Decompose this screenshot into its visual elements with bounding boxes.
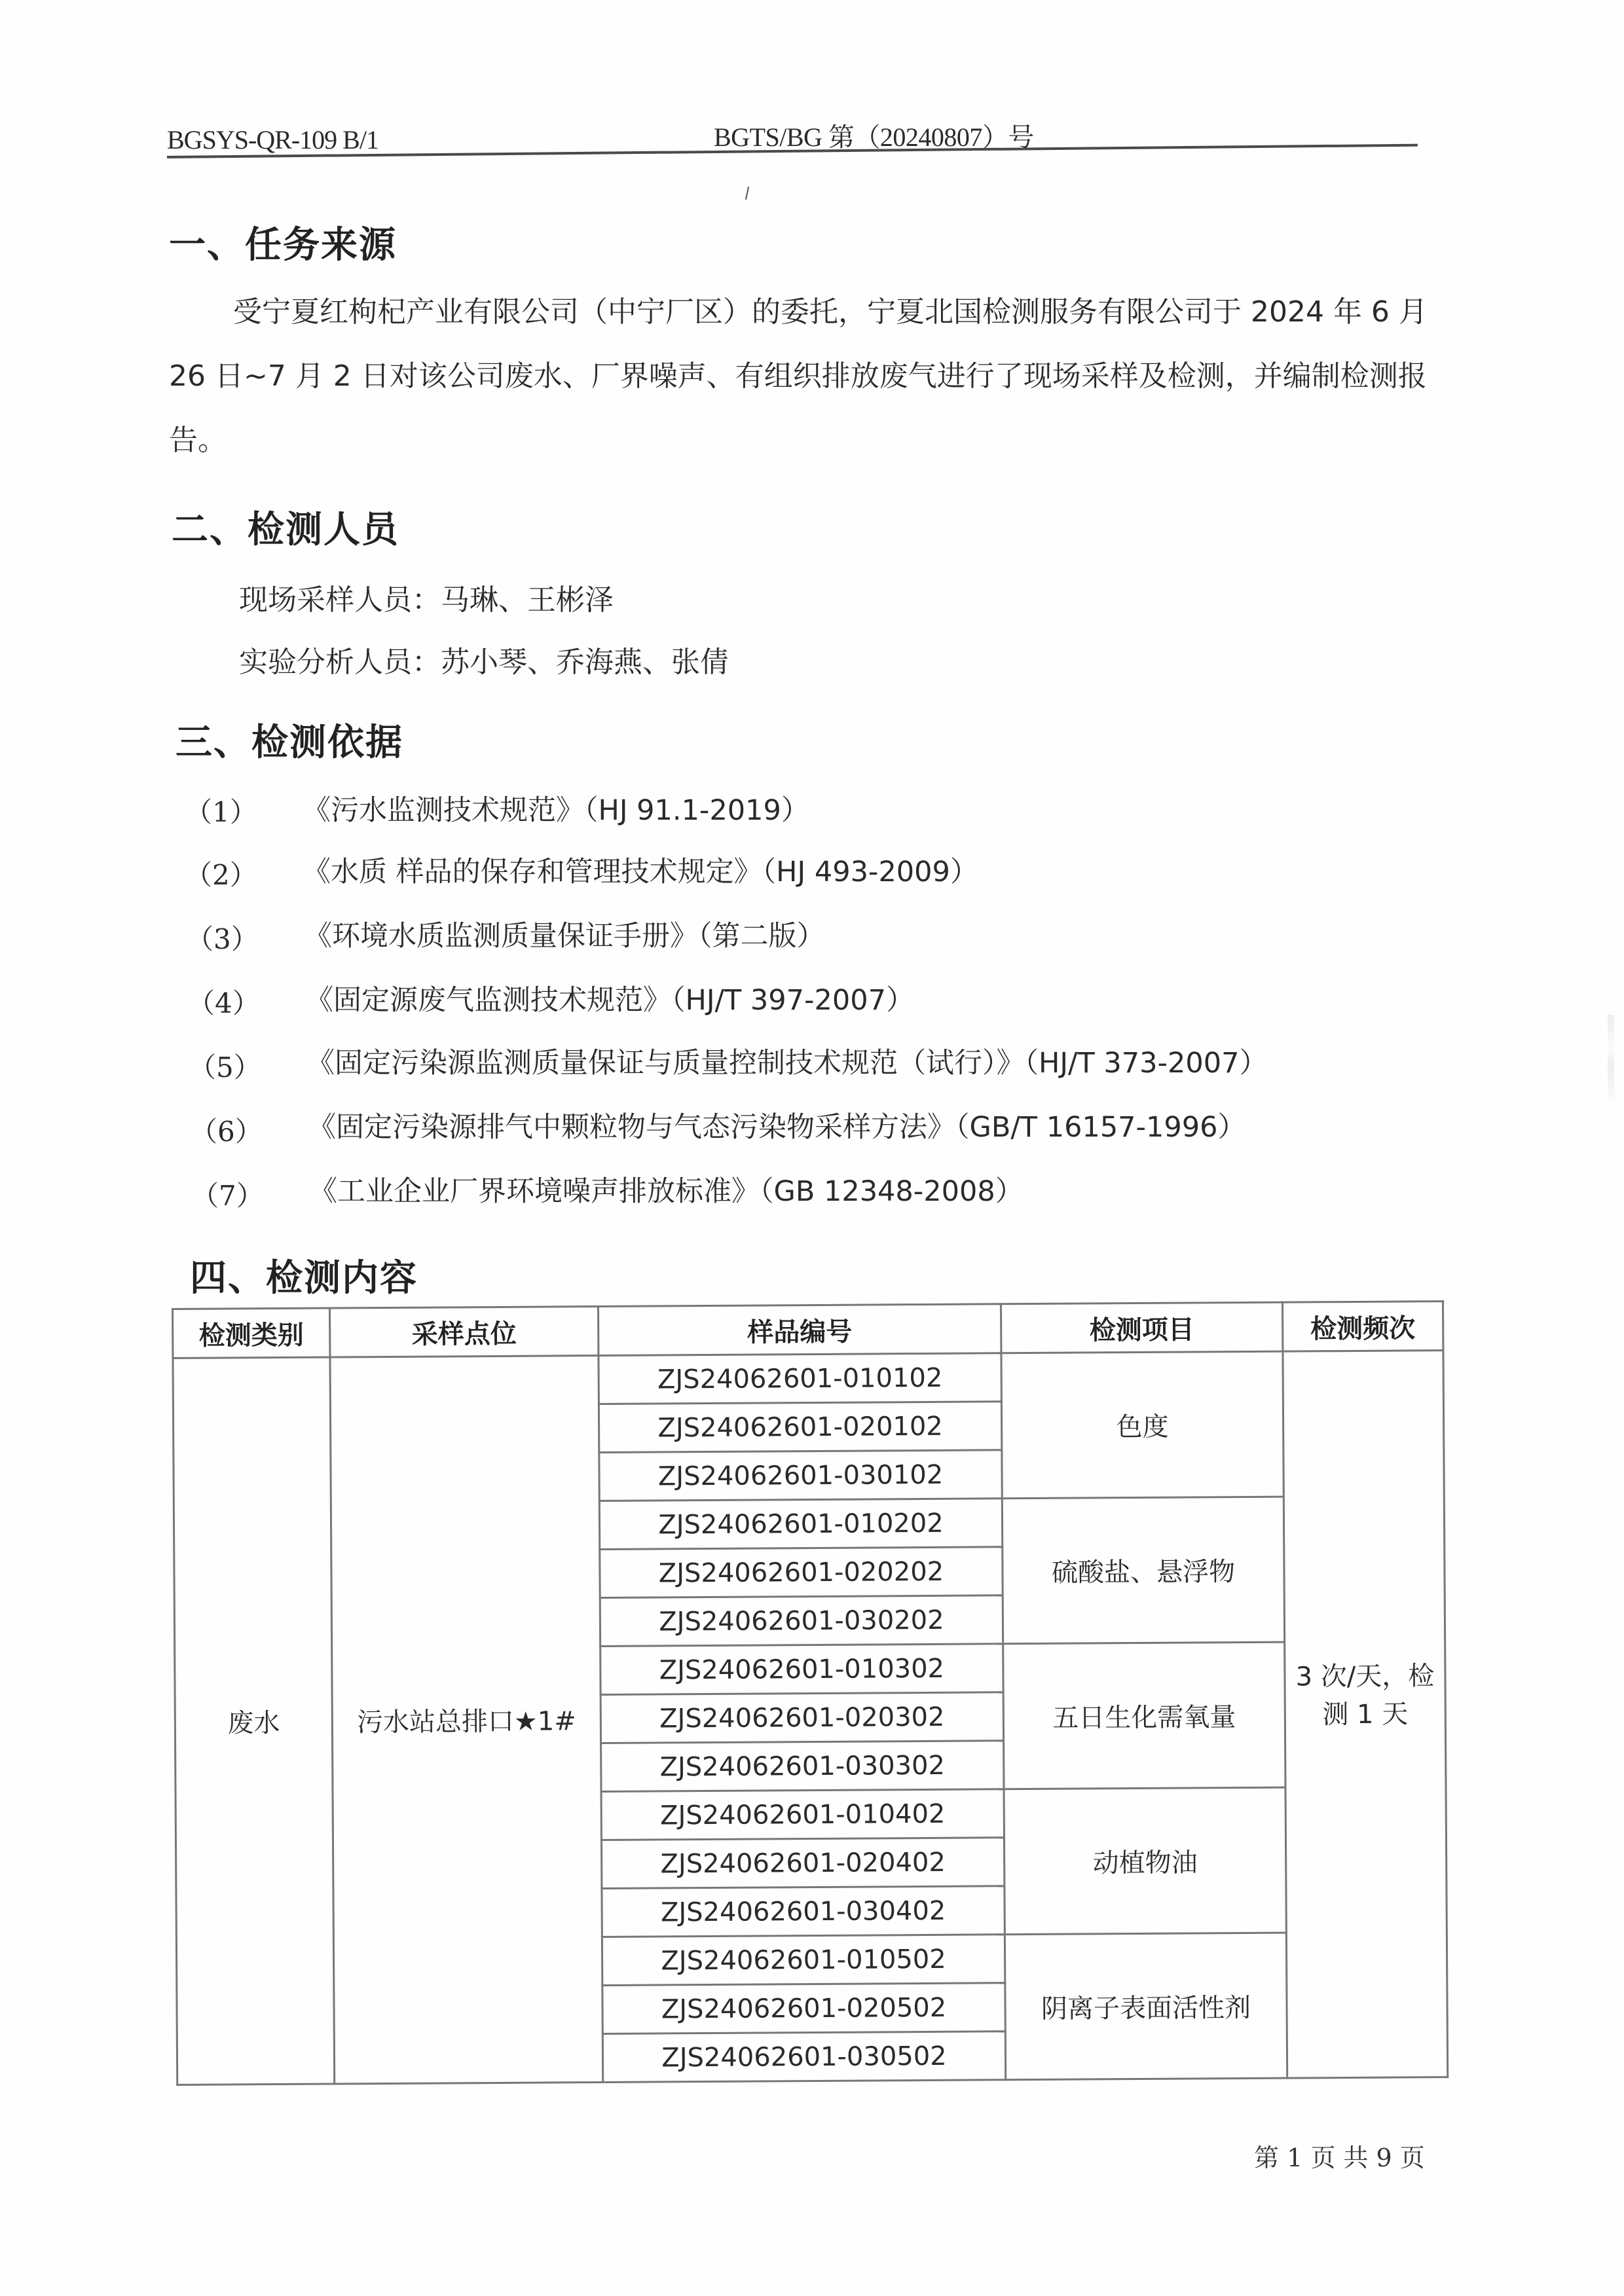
sampling-personnel-names: 马琳、王彬泽 [441,583,614,617]
sample-id-cell: ZJS24062601-030302 [601,1741,1004,1792]
sample-id-cell: ZJS24062601-010302 [600,1644,1003,1695]
analysis-personnel-label: 实验分析人员： [239,646,441,679]
table-header-row: 检测类别 采样点位 样品编号 检测项目 检测频次 [173,1302,1443,1358]
content-table: 检测类别 采样点位 样品编号 检测项目 检测频次 废水 污水站总排口★1# ZJ… [172,1300,1449,2086]
basis-item-number: （5） [189,1046,261,1085]
test-item-cell: 色度 [1001,1351,1283,1499]
basis-item-number: （7） [191,1175,264,1214]
task-source-paragraph: 受宁夏红枸杞产业有限公司（中宁厂区）的委托，宁夏北国检测服务有限公司于 2024… [169,280,1433,473]
page-indicator: 第 1 页 共 9 页 [1254,2138,1425,2174]
table-row: 废水 污水站总排口★1# ZJS24062601-010102 色度 3 次/天… [173,1351,1443,1407]
sampling-personnel-label: 现场采样人员： [239,583,441,617]
content-table-wrapper: 检测类别 采样点位 样品编号 检测项目 检测频次 废水 污水站总排口★1# ZJ… [172,1300,1447,2086]
scan-artifact [1608,1015,1614,1100]
category-cell: 废水 [173,1357,335,2085]
section-title-basis: 三、检测依据 [175,714,403,766]
sampling-point-cell: 污水站总排口★1# [330,1356,603,2084]
sample-id-cell: ZJS24062601-030502 [602,2032,1005,2083]
sample-id-cell: ZJS24062601-010502 [602,1935,1005,1986]
basis-item-number: （4） [187,982,260,1021]
test-item-cell: 动植物油 [1004,1787,1286,1935]
header-test-item: 检测项目 [1001,1302,1282,1353]
section-title-task-source: 一、任务来源 [169,216,397,268]
basis-item-number: （6） [190,1110,263,1150]
basis-item-number: （2） [185,854,257,893]
test-item-cell: 五日生化需氧量 [1003,1642,1285,1789]
basis-item-text: 《水质 样品的保存和管理技术规定》（HJ 493-2009） [303,850,978,890]
basis-item-number: （1） [185,791,257,830]
basis-item-number: （3） [186,918,259,957]
sample-id-cell: ZJS24062601-010202 [599,1499,1002,1550]
basis-item-text: 《污水监测技术规范》（HJ 91.1-2019） [303,788,809,828]
basis-item-text: 《环境水质监测质量保证手册》（第二版） [304,914,825,954]
header-sample-id: 样品编号 [598,1304,1001,1356]
section-title-personnel: 二、检测人员 [172,501,399,553]
report-page: BGSYS-QR-109 B/1 BGTS/BG 第（20240807）号 一、… [0,0,1624,2296]
sample-id-cell: ZJS24062601-010402 [601,1789,1004,1840]
section-title-content: 四、检测内容 [190,1249,418,1302]
header-frequency: 检测频次 [1282,1302,1443,1351]
form-code: BGSYS-QR-109 B/1 [167,124,378,155]
sample-id-cell: ZJS24062601-020402 [601,1838,1004,1889]
test-item-cell: 阴离子表面活性剂 [1005,1933,1287,2080]
sample-id-cell: ZJS24062601-020102 [599,1402,1001,1453]
sample-id-cell: ZJS24062601-030202 [600,1595,1003,1647]
frequency-text: 3 次/天，检测 1 天 [1289,1657,1441,1734]
sample-id-cell: ZJS24062601-020302 [600,1692,1003,1743]
basis-item-text: 《固定源废气监测技术规范》（HJ/T 397-2007） [305,978,914,1018]
sample-id-cell: ZJS24062601-030102 [599,1450,1002,1501]
header-sampling-point: 采样点位 [330,1307,599,1358]
frequency-cell: 3 次/天，检测 1 天 [1283,1351,1448,2078]
sample-id-cell: ZJS24062601-030402 [602,1886,1005,1937]
basis-item-text: 《固定污染源监测质量保证与质量控制技术规范（试行）》（HJ/T 373-2007… [306,1041,1267,1081]
sample-id-cell: ZJS24062601-020202 [600,1547,1003,1598]
analysis-personnel-names: 苏小琴、乔海燕、张倩 [441,646,729,679]
basis-item-text: 《固定污染源排气中颗粒物与气态污染物采样方法》（GB/T 16157-1996） [308,1105,1246,1145]
analysis-personnel: 实验分析人员：苏小琴、乔海燕、张倩 [239,638,729,680]
header-category: 检测类别 [173,1308,330,1358]
sample-id-cell: ZJS24062601-010102 [599,1353,1001,1404]
sample-id-cell: ZJS24062601-020502 [602,1983,1005,2034]
basis-item-text: 《工业企业厂界环境噪声排放标准》（GB 12348-2008） [309,1169,1024,1209]
sampling-personnel: 现场采样人员：马琳、王彬泽 [239,576,614,618]
test-item-cell: 硫酸盐、悬浮物 [1002,1497,1284,1644]
scan-mark [745,187,749,200]
